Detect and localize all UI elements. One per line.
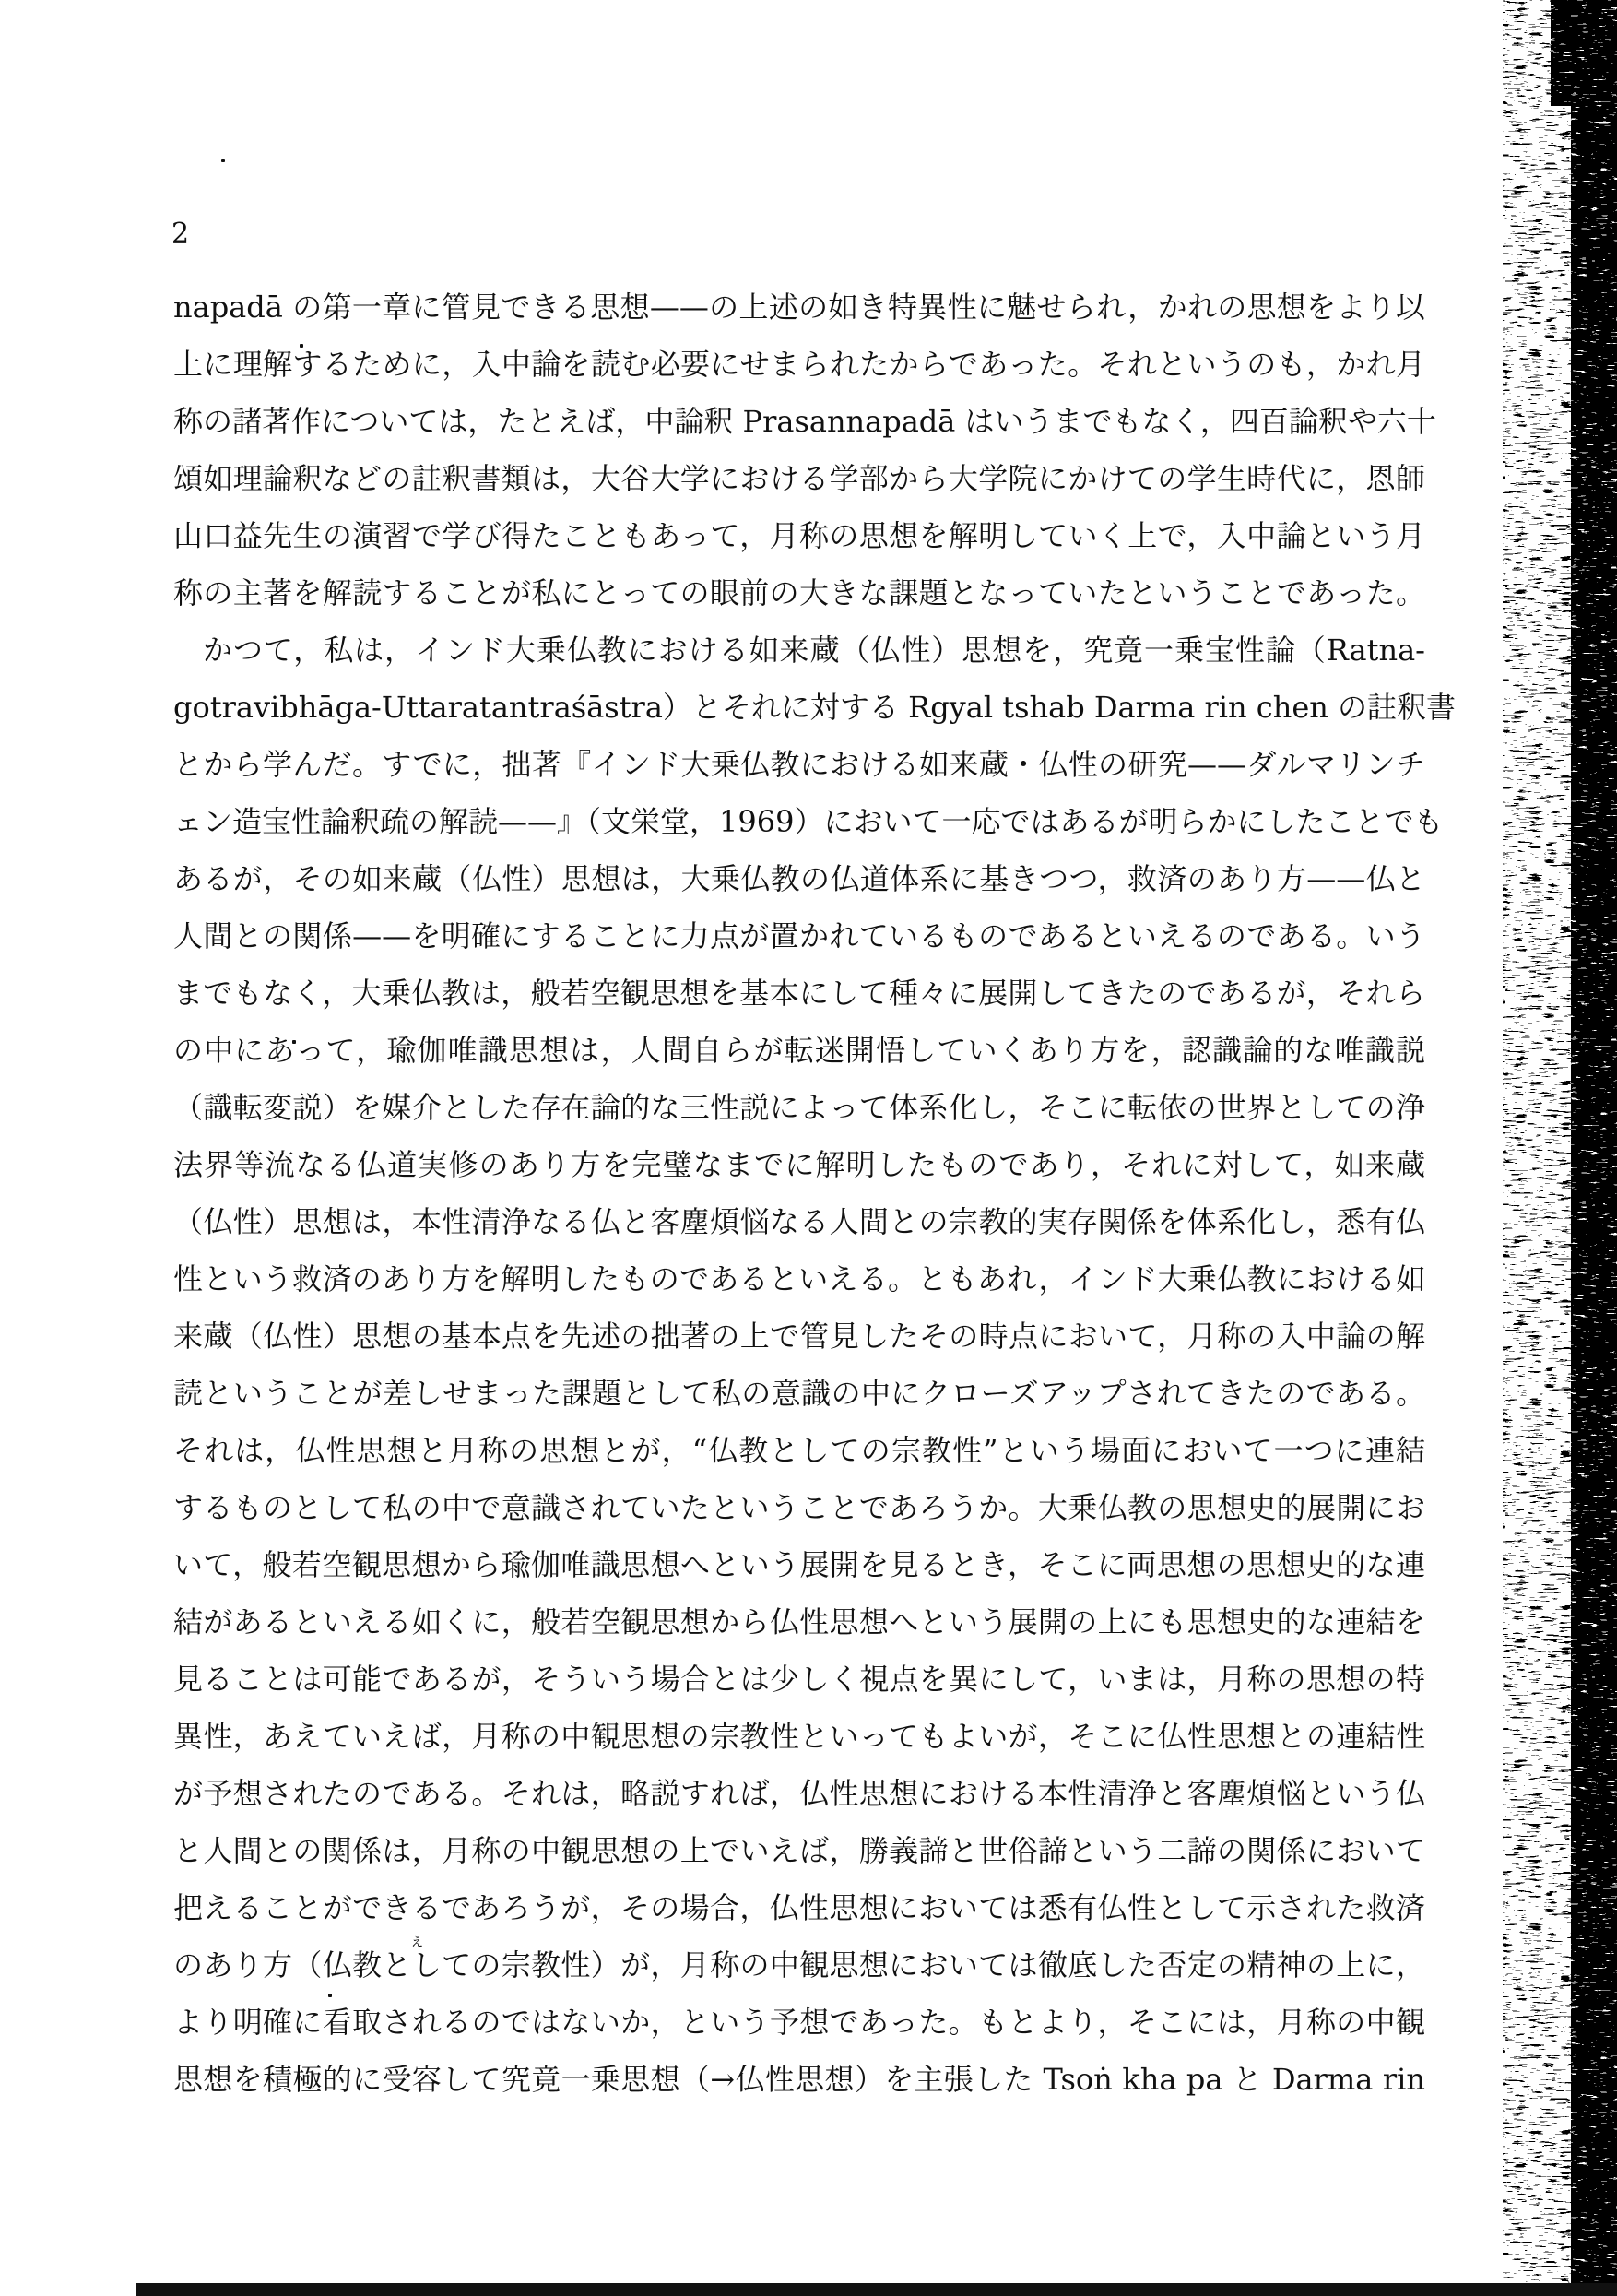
text-line: の中にあって，瑜伽唯識思想は，人間自らが転迷開悟していくあり方を，認識論的な唯識… [173,1022,1425,1079]
scan-binding-edge [1497,0,1617,2296]
text-line: 称の主著を解読することが私にとっての眼前の大きな課題となっていたということであっ… [173,564,1425,621]
text-line: いて，般若空観思想から瑜伽唯識思想へという展開を見るとき，そこに両思想の思想史的… [173,1536,1425,1593]
text-line: 称の諸著作については，たとえば，中論釈 Prasannapadā はいうまでもな… [173,393,1425,450]
text-line: のあり方（仏教としての宗教性）が，月称の中観思想においては徹底した否定の精神の上… [173,1936,1425,1994]
text-line: 頌如理論釈などの註釈書類は，大谷大学における学部から大学院にかけての学生時代に，… [173,450,1425,507]
page-number: 2 [171,218,189,250]
text-line: 山口益先生の演習で学び得たこともあって，月称の思想を解明していく上で，入中論とい… [173,507,1425,564]
scan-speck [292,1040,296,1044]
text-line: が予想されたのである。それは，略説すれば，仏性思想における本性清浄と客塵煩悩とい… [173,1765,1425,1822]
text-line: と人間との関係は，月称の中観思想の上でいえば，勝義諦と世俗諦という二諦の関係にお… [173,1822,1425,1879]
scan-bottom-edge [136,2283,1617,2296]
text-line: 来蔵（仏性）思想の基本点を先述の拙著の上で管見したその時点において，月称の入中論… [173,1308,1425,1365]
scan-speck [328,1994,332,1997]
text-line: するものとして私の中で意識されていたということであろうか。大乗仏教の思想史的展開… [173,1479,1425,1536]
edge-noise-core [1571,0,1617,2296]
text-line: 上に理解するために，入中論を読む必要にせまられたからであった。それというのも，か… [173,336,1425,393]
text-line: あるが，その如来蔵（仏性）思想は，大乗仏教の仏道体系に基きつつ，救済のあり方——… [173,850,1425,907]
scan-speck [221,159,225,162]
text-line: （仏性）思想は，本性清浄なる仏と客塵煩悩なる人間との宗教的実存関係を体系化し，悉… [173,1193,1425,1250]
text-line: までもなく，大乗仏教は，般若空観思想を基本にして種々に展開してきたのであるが，そ… [173,965,1425,1022]
text-line: それは，仏性思想と月称の思想とが，“仏教としての宗教性”という場面において一つに… [173,1422,1425,1479]
text-line: 読ということが差しせまった課題として私の意識の中にクローズアップされてきたのであ… [173,1365,1425,1422]
text-line: より明確に看取されるのではないか，という予想であった。もとより，そこには，月称の… [173,1994,1425,2051]
text-line: （識転変説）を媒介とした存在論的な三性説によって体系化し，そこに転依の世界として… [173,1079,1425,1136]
text-line: gotravibhāga-Uttaratantraśāstra）とそれに対する … [173,679,1425,736]
text-line: 法界等流なる仏道実修のあり方を完璧なまでに解明したものであり，それに対して，如来… [173,1136,1425,1193]
text-line: ェン造宝性論釈疏の解読——』（文栄堂，1969）において一応ではあるが明らかにし… [173,793,1425,850]
text-line: 結があるといえる如くに，般若空観思想から仏性思想へという展開の上にも思想史的な連… [173,1593,1425,1651]
handwritten-correction-mark: ぇ [409,1927,425,1950]
scan-speck [300,344,303,348]
text-line: 見ることは可能であるが，そういう場合とは少しく視点を異にして，いまは，月称の思想… [173,1651,1425,1708]
edge-noise-corner [1551,0,1617,106]
text-line: 性という救済のあり方を解明したものであるといえる。ともあれ，インド大乗仏教におけ… [173,1250,1425,1308]
text-line: 思想を積極的に受容して究竟一乗思想（→仏性思想）を主張した Tsoṅ kha p… [173,2051,1425,2108]
text-line: napadā の第一章に管見できる思想——の上述の如き特異性に魅せられ，かれの思… [173,278,1425,336]
text-line: 人間との関係——を明確にすることに力点が置かれているものであるといえるのである。… [173,907,1425,965]
text-line: とから学んだ。すでに，拙著『インド大乗仏教における如来蔵・仏性の研究——ダルマリ… [173,736,1425,793]
body-text: napadā の第一章に管見できる思想——の上述の如き特異性に魅せられ，かれの思… [173,278,1425,2108]
text-line: 把えることができるであろうが，その場合，仏性思想においては悉有仏性として示された… [173,1879,1425,1936]
text-line: 異性，あえていえば，月称の中観思想の宗教性といってもよいが，そこに仏性思想との連… [173,1708,1425,1765]
text-line: かつて，私は，インド大乗仏教における如来蔵（仏性）思想を，究竟一乗宝性論（Rat… [173,621,1425,679]
